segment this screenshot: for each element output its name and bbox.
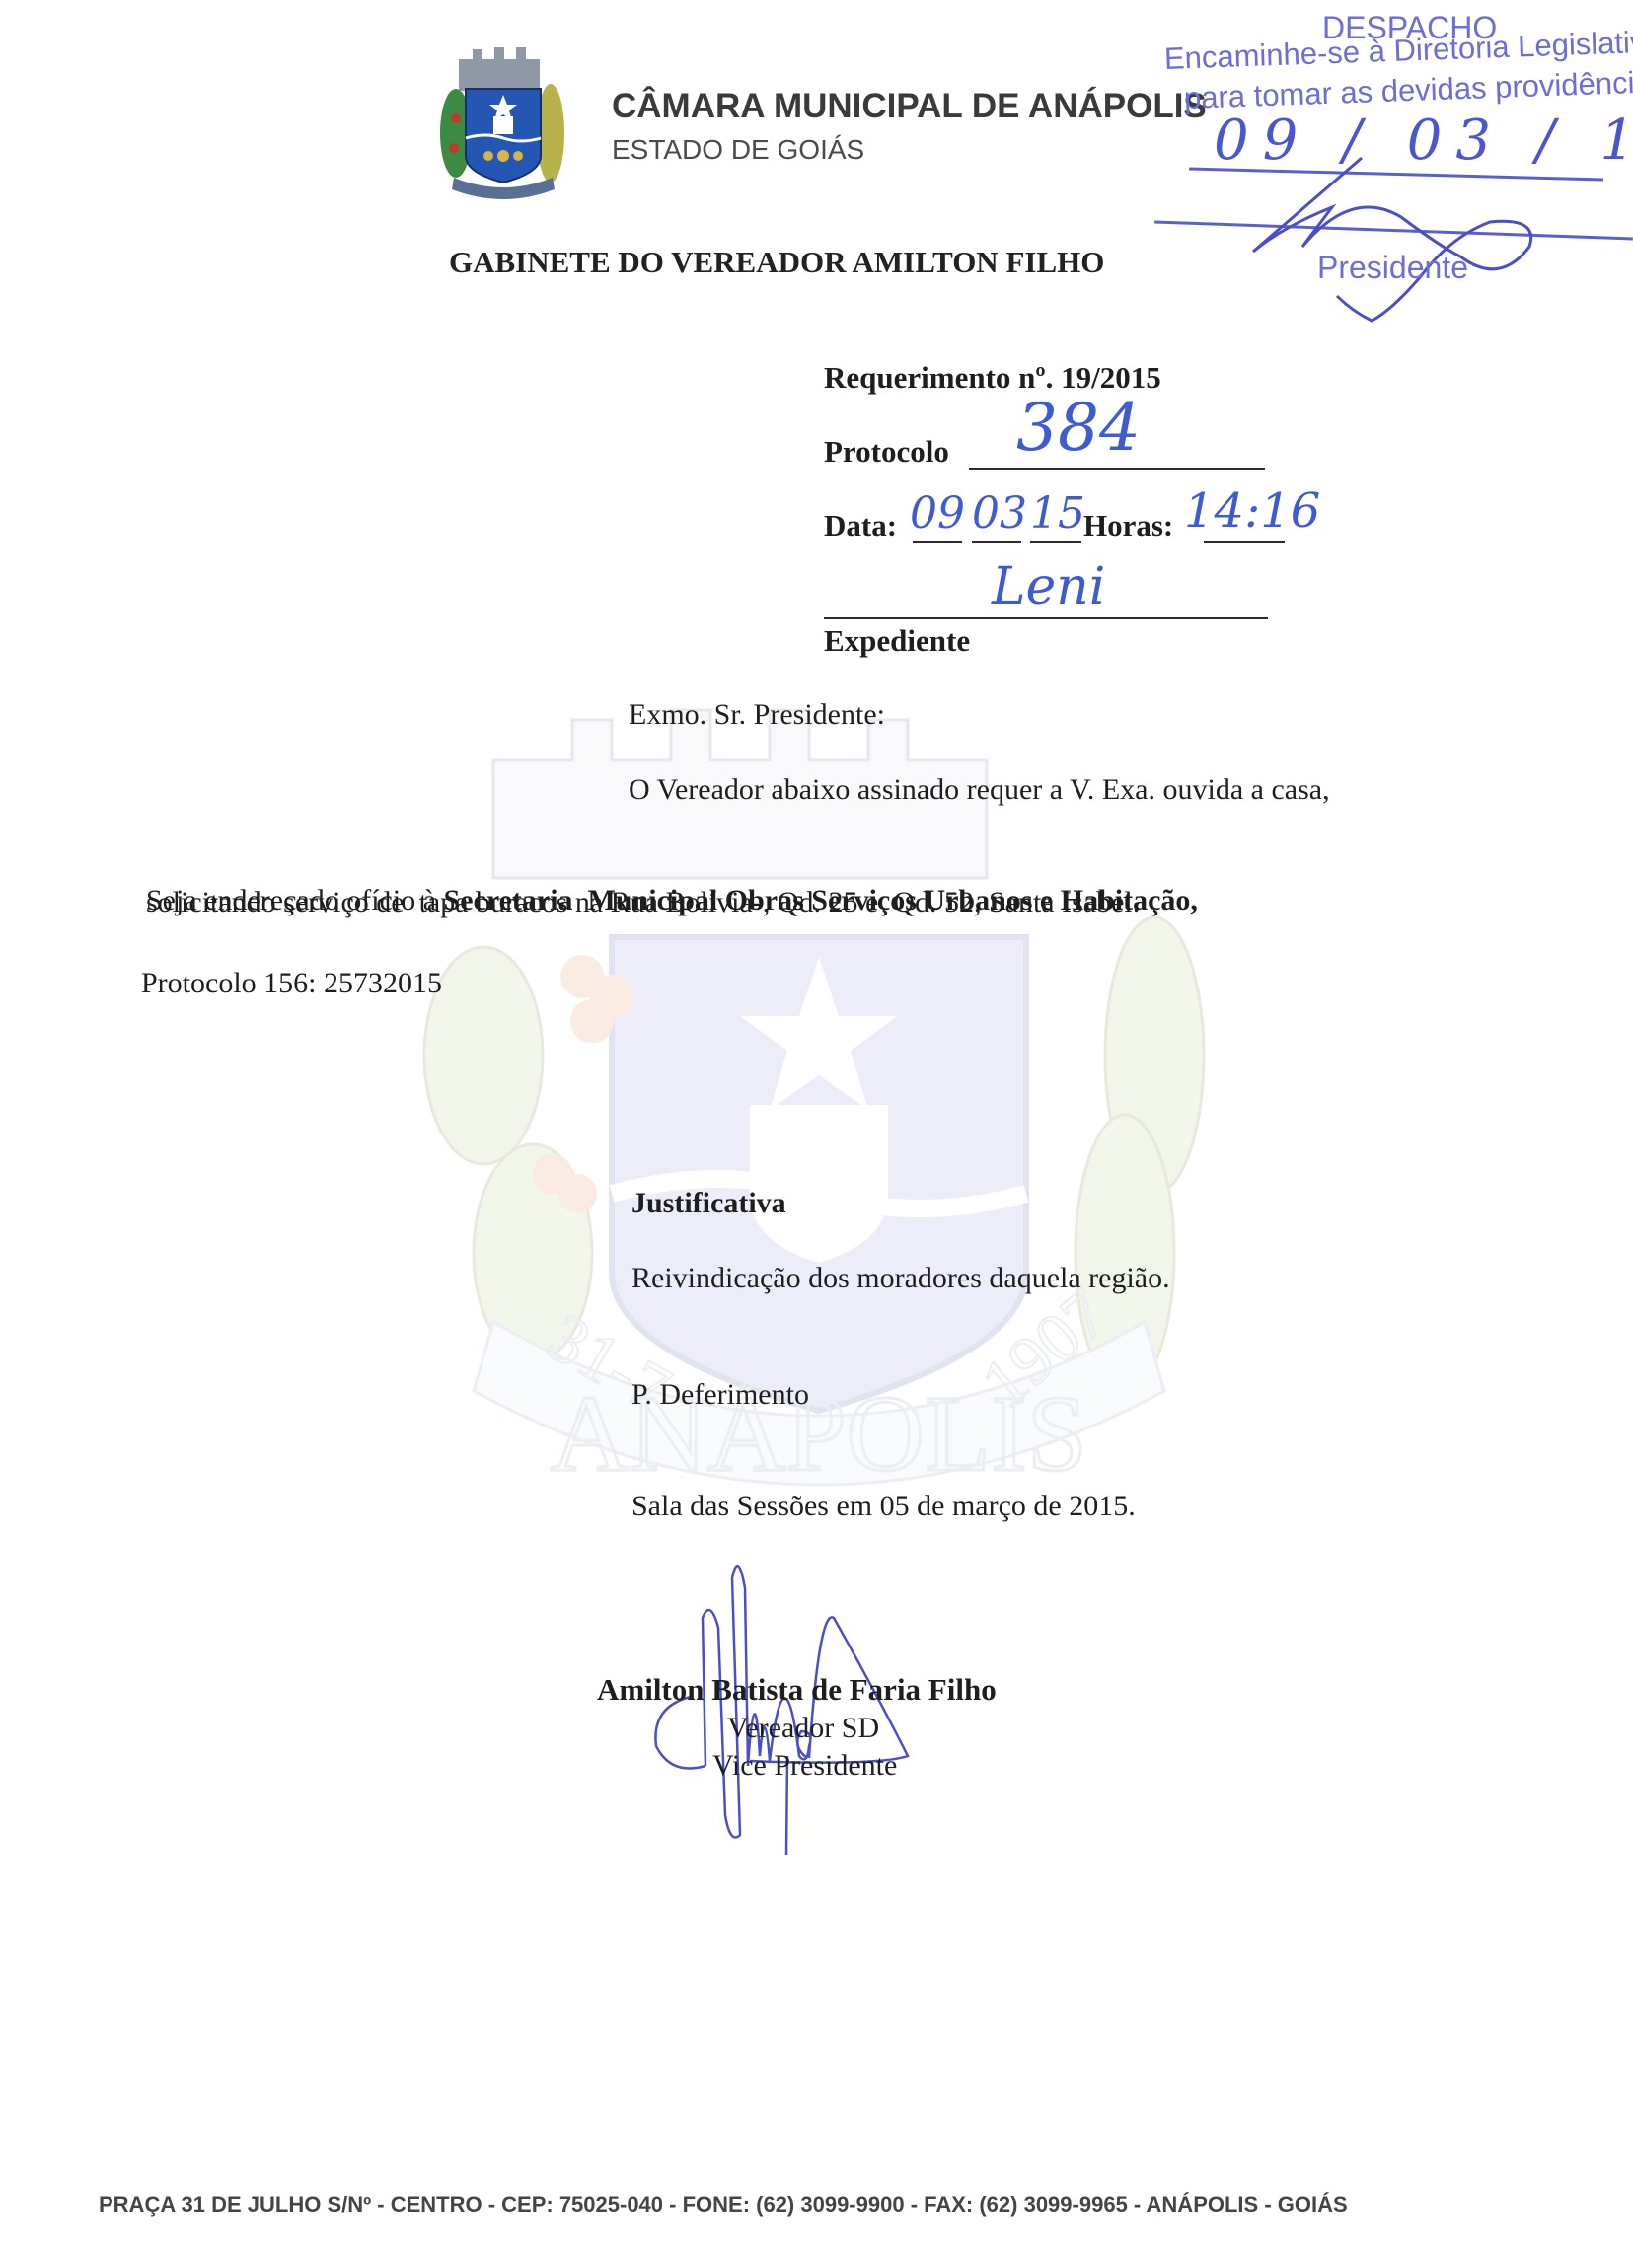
expediente-signature: Leni (992, 557, 1105, 617)
protocolo-label: Protocolo (824, 434, 949, 470)
horas-line (1204, 541, 1285, 543)
horas-label: Horas: (1083, 508, 1173, 544)
place-date: Sala das Sessões em 05 de março de 2015. (631, 1490, 1136, 1523)
protocolo-line (969, 468, 1265, 470)
justification-title: Justificativa (631, 1187, 786, 1220)
data-month-line (972, 541, 1021, 543)
data-year-line (1030, 541, 1081, 543)
data-label: Data: (824, 508, 897, 544)
request-line2: solicitando serviço de tapa buracos na R… (146, 886, 1140, 919)
data-month: 03 (972, 488, 1027, 539)
expediente-line (824, 617, 1268, 619)
expediente-label: Expediente (824, 623, 970, 659)
closing-text: P. Deferimento (631, 1378, 809, 1412)
protocol-reference: Protocolo 156: 25732015 (141, 967, 442, 1000)
intro-text: O Vereador abaixo assinado requer a V. E… (629, 773, 1330, 807)
protocolo-value: 384 (1016, 390, 1141, 466)
salutation: Exmo. Sr. Presidente: (629, 698, 885, 732)
data-day-line (913, 541, 962, 543)
signatory-name: Amilton Batista de Faria Filho (597, 1672, 997, 1708)
signatory-role: Vice Presidente (712, 1749, 897, 1783)
horas-value: 14:16 (1184, 483, 1320, 539)
cabinet-heading: GABINETE DO VEREADOR AMILTON FILHO (449, 245, 1104, 280)
data-year: 15 (1030, 488, 1085, 539)
president-signature-icon (1243, 138, 1539, 335)
state-subtitle: ESTADO DE GOIÁS (612, 134, 864, 166)
institution-title: CÂMARA MUNICIPAL DE ANÁPOLIS (612, 87, 1207, 126)
despacho-role: Presidente (1317, 250, 1468, 286)
signatory-title: Vereador SD (727, 1712, 879, 1745)
data-day: 09 (910, 488, 965, 539)
anapolis-coat-of-arms-icon (434, 39, 572, 207)
footer-address: PRAÇA 31 DE JULHO S/Nº - CENTRO - CEP: 7… (99, 2192, 1348, 2218)
justification-text: Reivindicação dos moradores daquela regi… (631, 1262, 1170, 1295)
